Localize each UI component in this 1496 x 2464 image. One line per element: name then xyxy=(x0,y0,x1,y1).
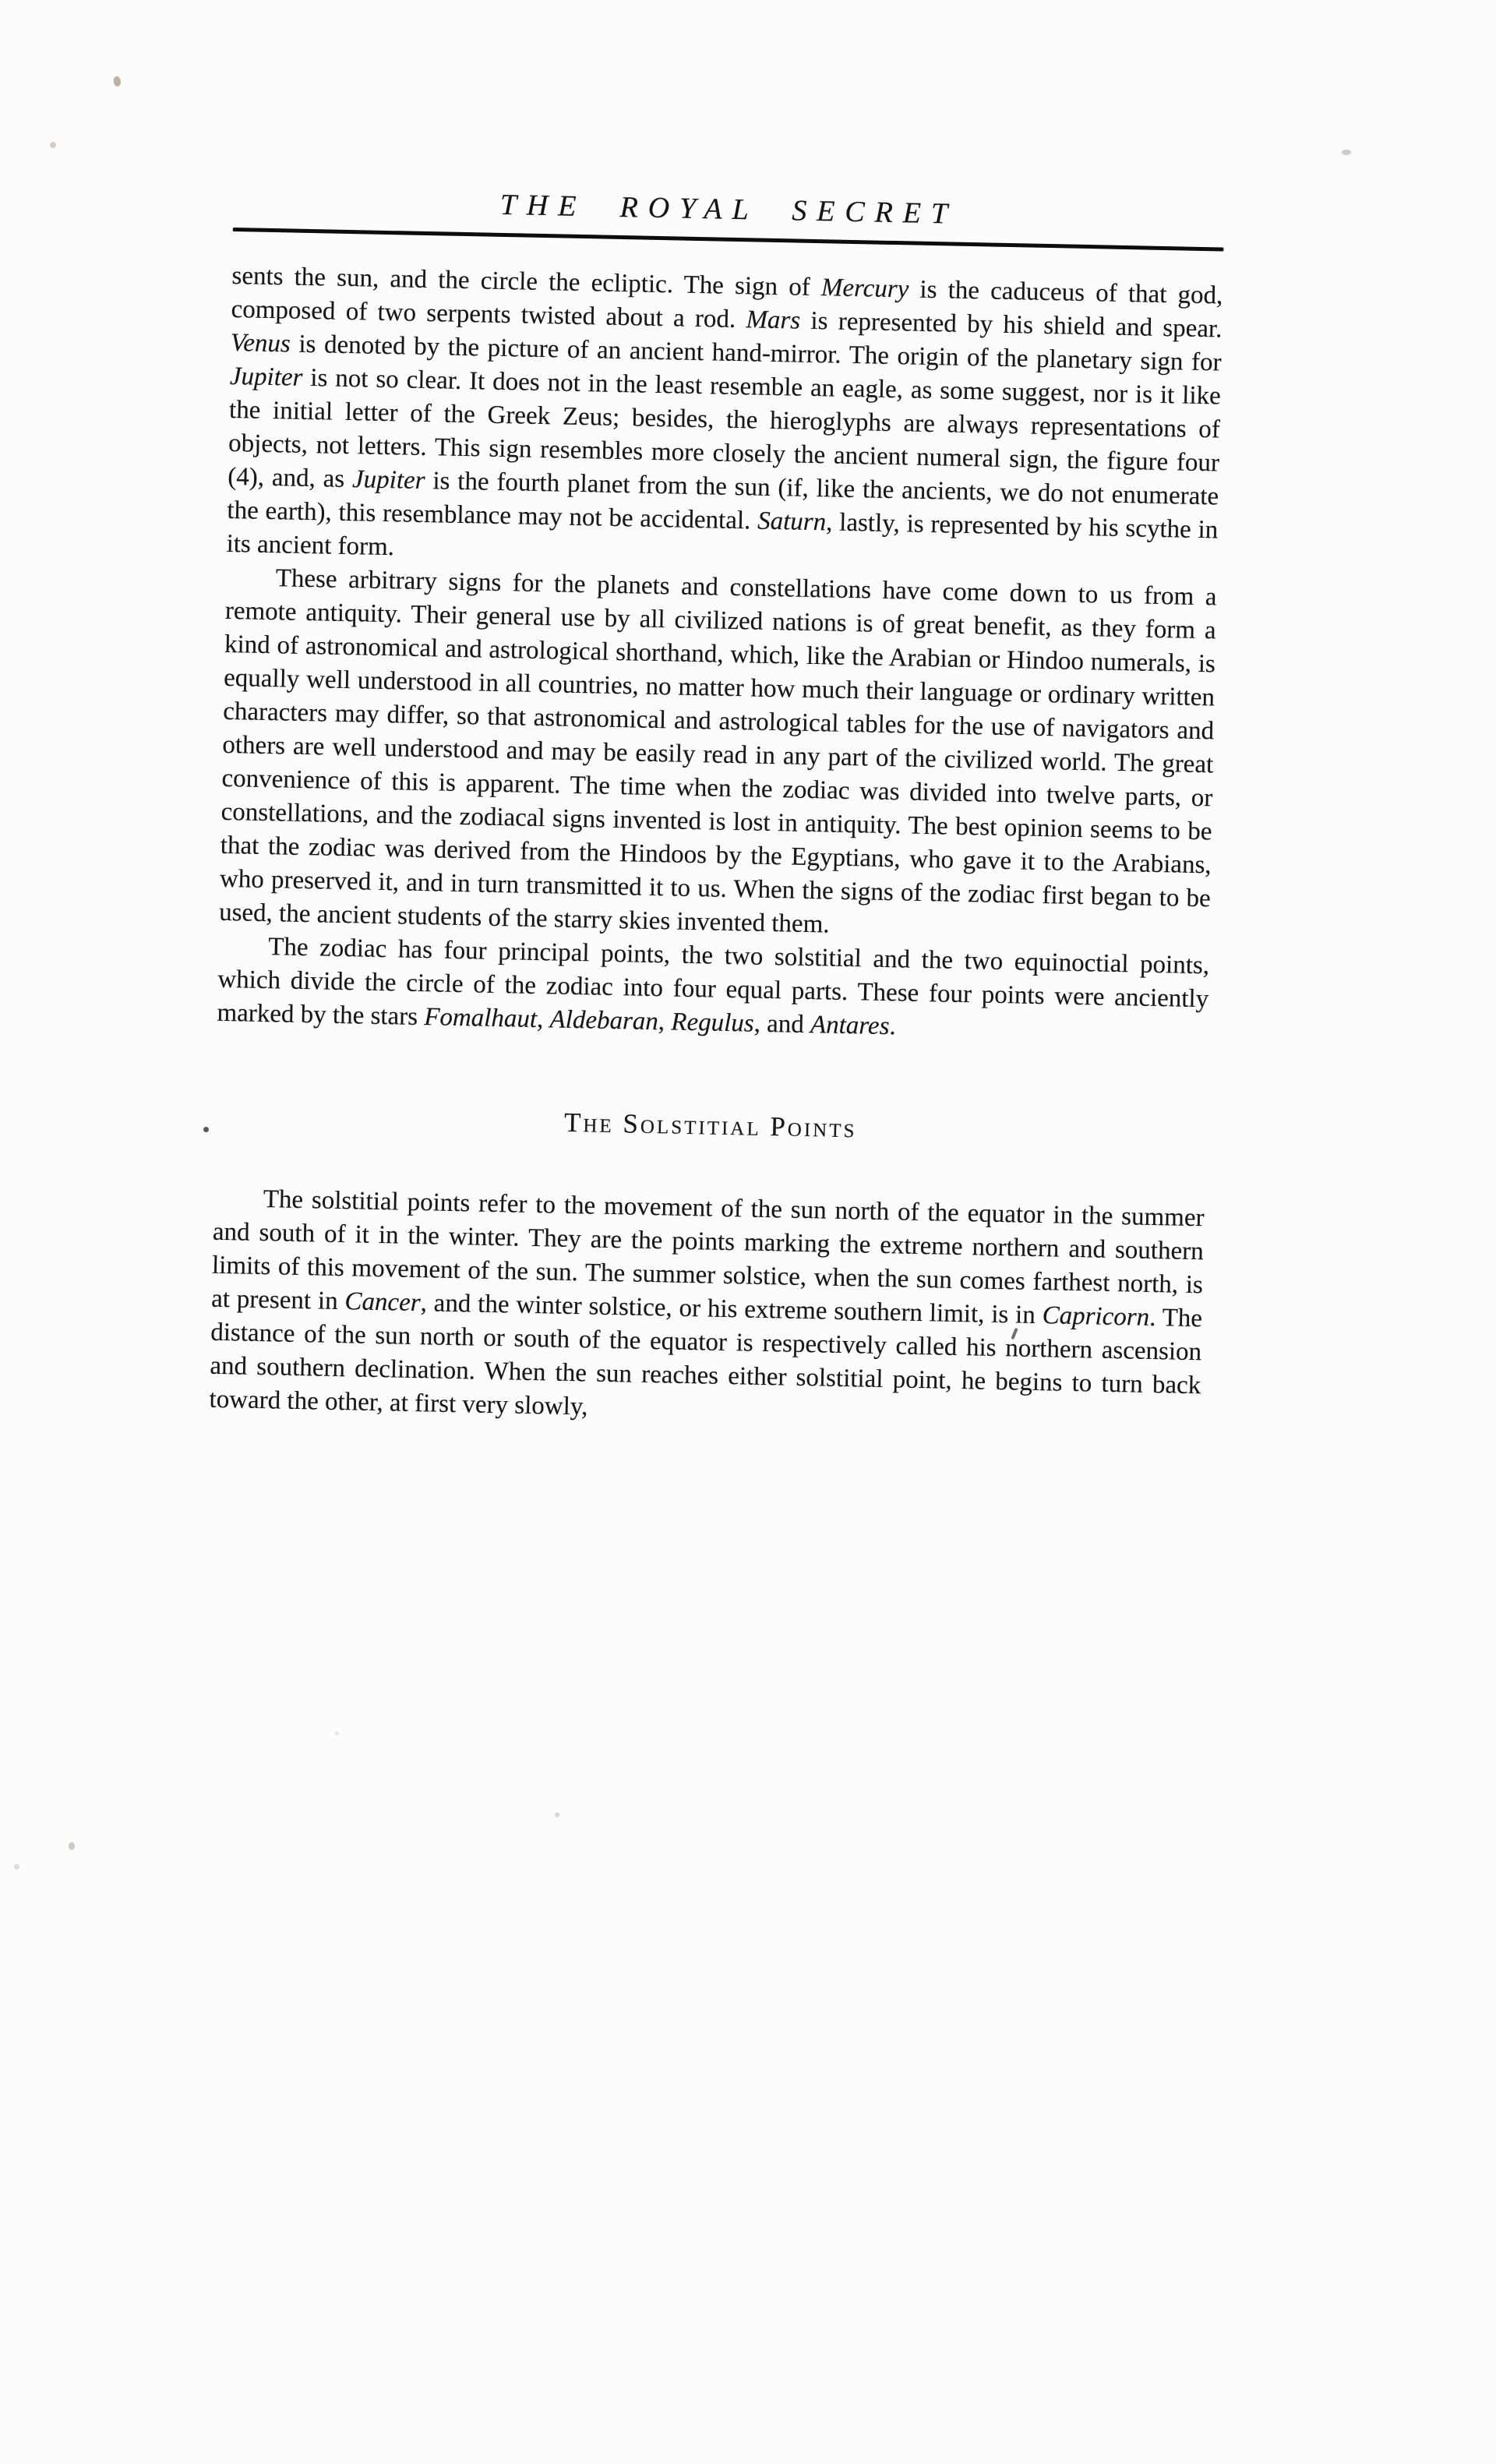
italic-proper-name: Jupiter xyxy=(352,465,425,495)
text-run: . xyxy=(889,1012,896,1040)
text-run: is represented by his shield and spear. xyxy=(800,307,1223,344)
text-run: sents the sun, and the circle the eclipt… xyxy=(231,262,821,302)
scan-speck xyxy=(335,1732,339,1735)
page-content: THE ROYAL SECRET sents the sun, and the … xyxy=(209,181,1225,1436)
paragraph: The solstitial points refer to the movem… xyxy=(209,1182,1205,1436)
text-run: , xyxy=(658,1008,672,1036)
italic-proper-name: Mars xyxy=(746,305,800,334)
scan-speck xyxy=(69,1842,75,1850)
scan-speck xyxy=(14,1864,19,1869)
paragraph: The zodiac has four principal points, th… xyxy=(217,930,1209,1050)
text-run: , and xyxy=(753,1010,810,1039)
paragraph: These arbitrary signs for the planets an… xyxy=(219,561,1217,949)
italic-proper-name: Venus xyxy=(230,329,291,358)
text-run: These arbitrary signs for the planets an… xyxy=(219,564,1217,938)
text-run: , xyxy=(537,1005,550,1033)
scan-speck xyxy=(555,1813,559,1817)
running-head-title: THE ROYAL SECRET xyxy=(233,181,1225,238)
italic-proper-name: Capricorn xyxy=(1042,1301,1149,1332)
italic-proper-name: Jupiter xyxy=(230,362,303,392)
italic-proper-name: Regulus xyxy=(671,1008,754,1037)
italic-proper-name: Saturn xyxy=(757,507,827,537)
italic-proper-name: Cancer xyxy=(344,1287,421,1317)
italic-proper-name: Fomalhaut xyxy=(424,1003,538,1033)
italic-proper-name: Antares xyxy=(810,1011,890,1040)
body-text: sents the sun, and the circle the eclipt… xyxy=(209,259,1223,1436)
scan-speck xyxy=(114,76,121,86)
scanned-book-page: THE ROYAL SECRET sents the sun, and the … xyxy=(0,0,1496,2464)
italic-proper-name: Aldebaran xyxy=(549,1005,658,1036)
scan-speck xyxy=(203,1127,209,1132)
paragraph-continuation: sents the sun, and the circle the eclipt… xyxy=(226,259,1223,581)
scan-speck xyxy=(1342,150,1351,155)
text-run: , and the winter solstice, or his extrem… xyxy=(420,1289,1043,1329)
section-heading: The Solstitial Points xyxy=(214,1099,1206,1153)
scan-speck xyxy=(50,142,56,148)
italic-proper-name: Mercury xyxy=(821,274,909,303)
